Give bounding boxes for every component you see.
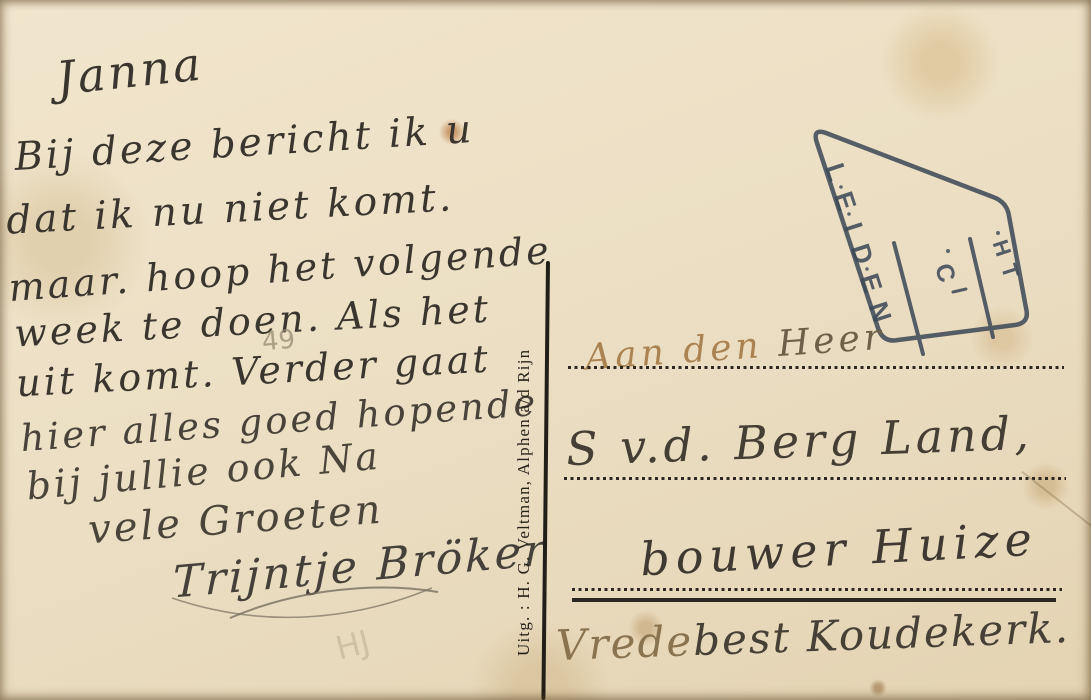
address-line-2: S v.d. Berg Land,	[565, 410, 1033, 472]
publisher-imprint-text: Uitg. : H. G. Veltman, Alphen a/d Rijn	[514, 252, 534, 656]
address-line-1-faded: Aan den	[584, 324, 779, 378]
address-line-4-faded: Vrede	[555, 616, 694, 670]
pencil-mark: 49	[261, 325, 297, 358]
publisher-imprint: Uitg. : H. G. Veltman, Alphen a/d Rijn	[514, 252, 544, 656]
stamp-compartment-letter: H	[988, 237, 1017, 260]
address-dotted-rule-1	[568, 366, 1064, 369]
address-line-3: bouwer Huize	[639, 516, 1039, 583]
address-dotted-rule-3	[572, 588, 1062, 591]
address-line-4-rest: best Koudekerk.	[692, 603, 1071, 665]
message-line: Bij deze bericht ik u	[13, 110, 475, 177]
address-line-4: Vredebest Koudekerk.	[555, 607, 1070, 667]
message-line: dat ik nu niet komt.	[5, 178, 455, 240]
message-salutation: Janna	[54, 40, 206, 101]
signature-flourish	[160, 570, 460, 640]
postcard-back: Janna Bij deze bericht ik u dat ik nu ni…	[0, 0, 1091, 700]
address-solid-rule	[572, 598, 1056, 602]
address-line-1-rest: Heer	[777, 317, 887, 365]
stamp-compartment-letter: C	[929, 260, 961, 286]
address-dotted-rule-2	[564, 477, 1066, 480]
